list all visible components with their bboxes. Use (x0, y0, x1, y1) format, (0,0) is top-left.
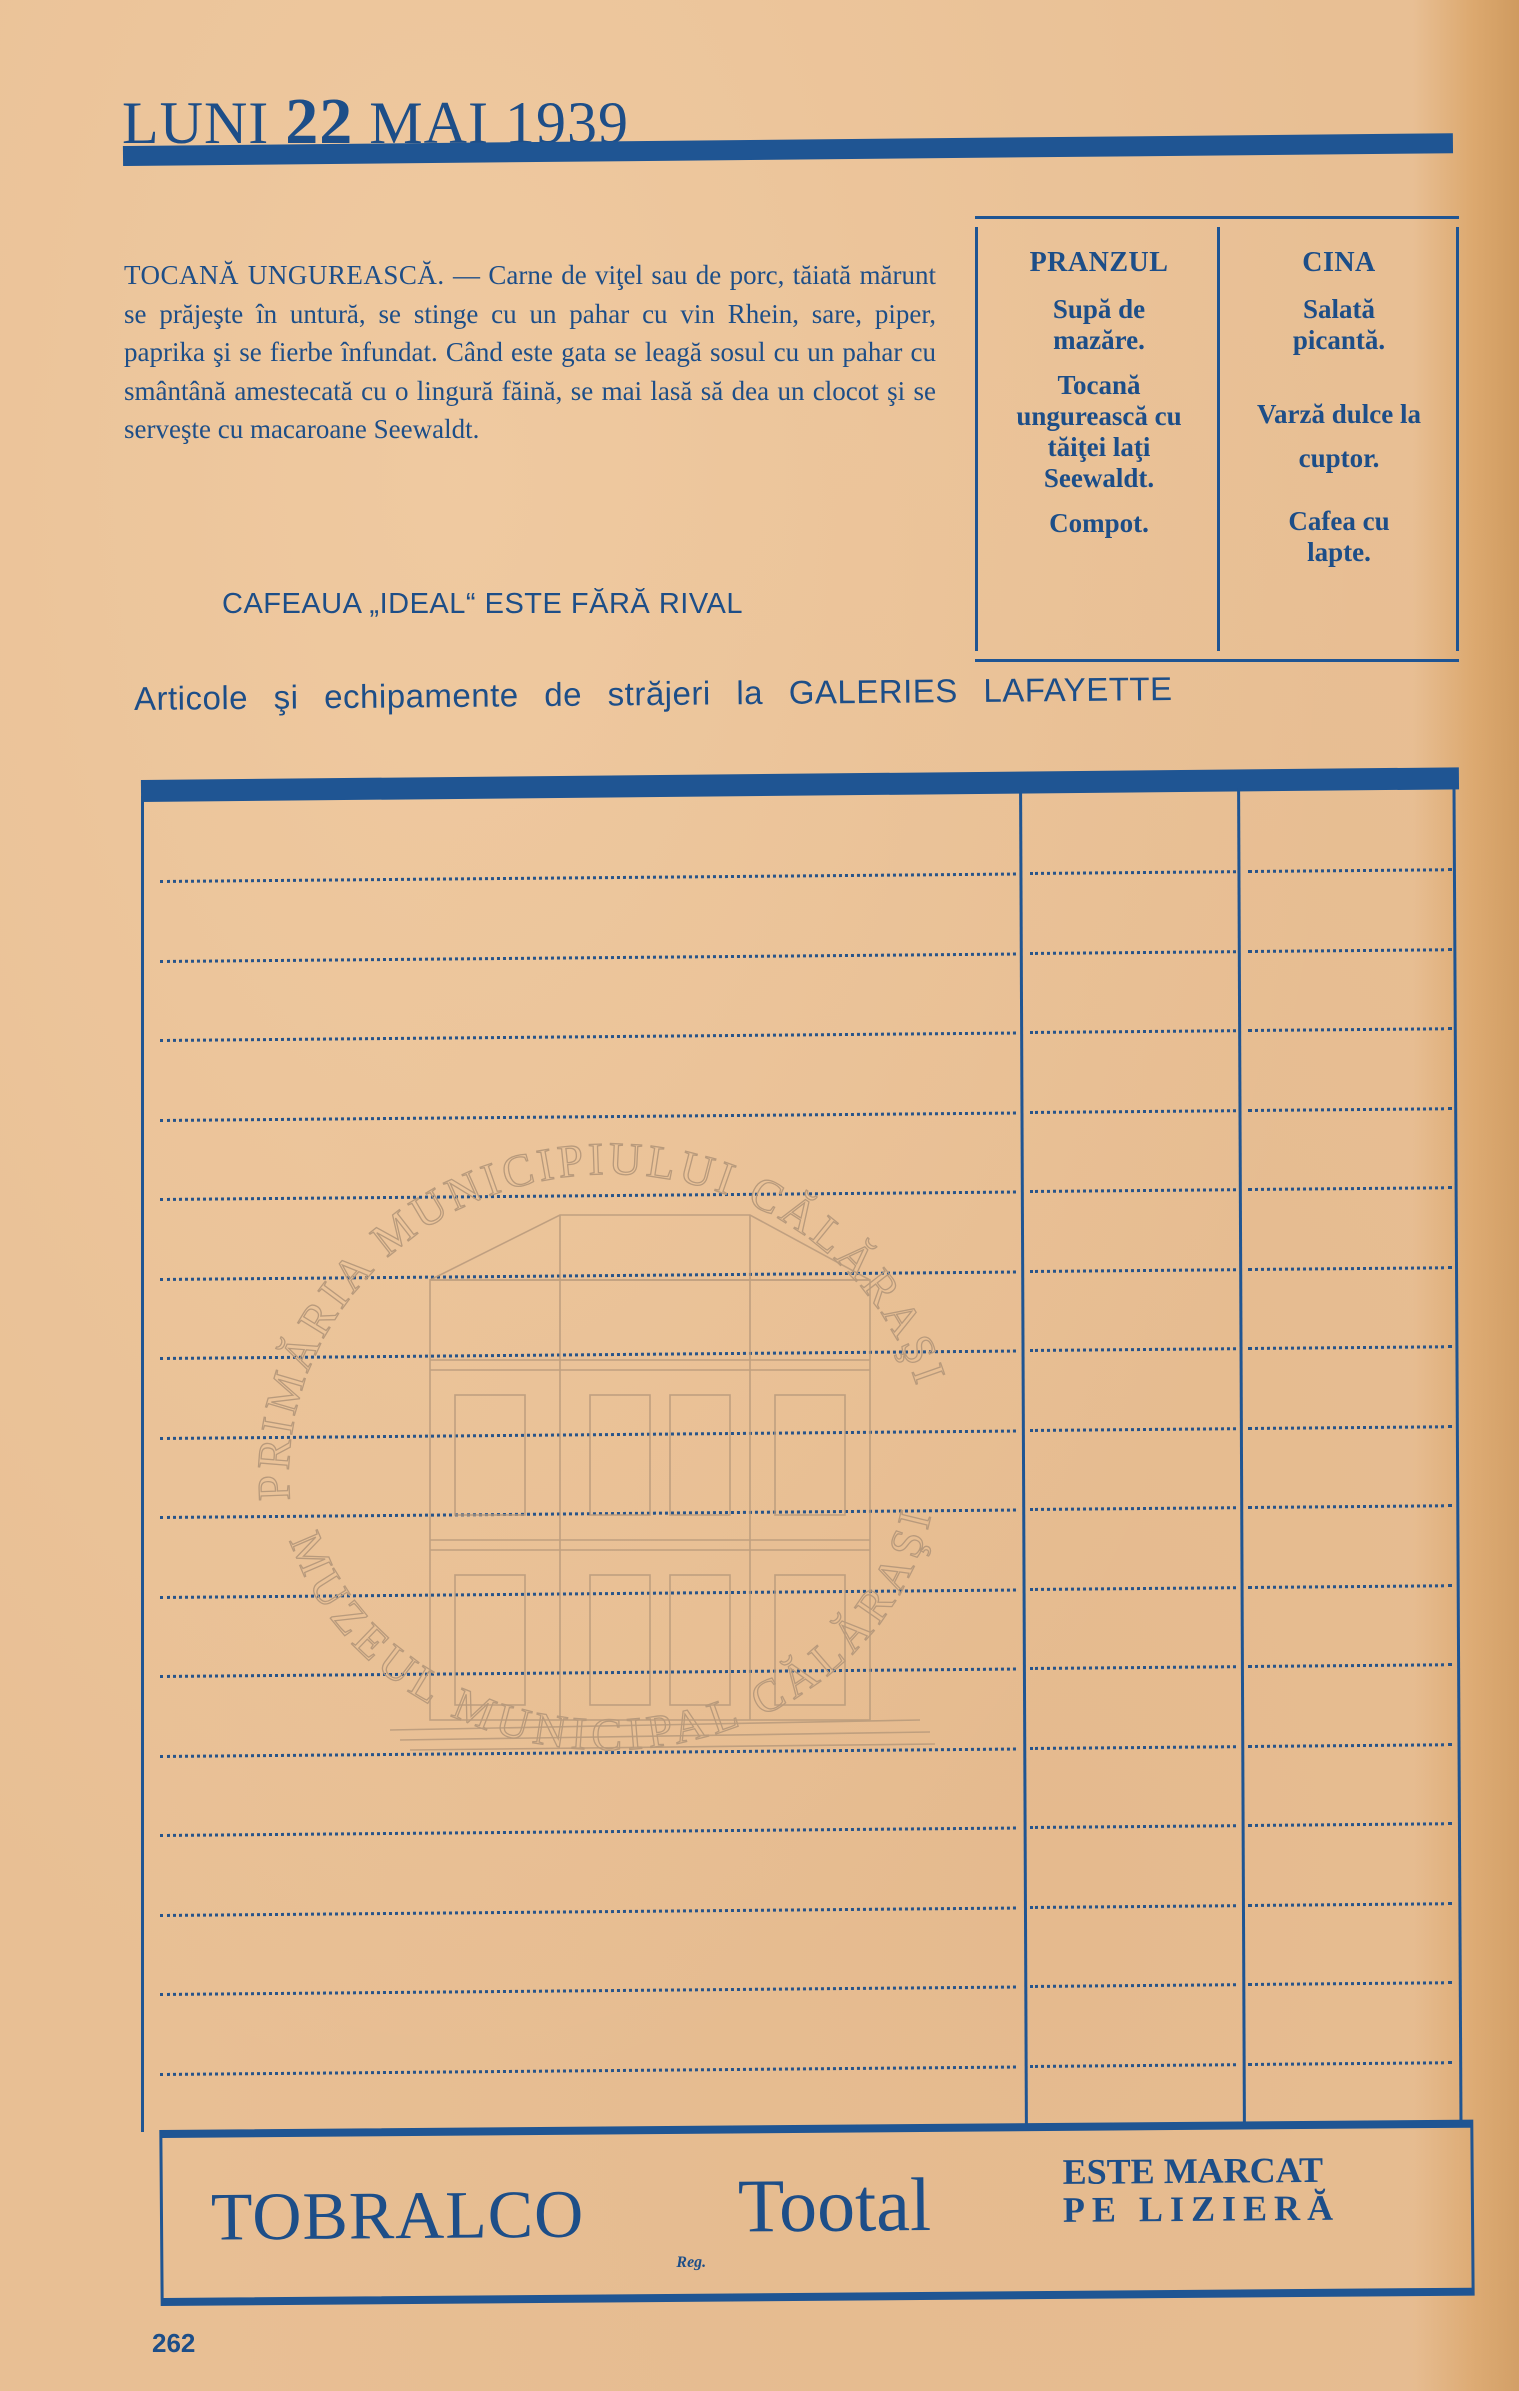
ledger-rule-line (160, 2065, 1016, 2075)
recipe-text: TOCANĂ UNGUREASCĂ. — Carne de viţel sau … (124, 256, 936, 449)
ledger-header-bar (141, 767, 1459, 802)
dinner-dish: Varză dulce la cuptor. (1223, 392, 1455, 480)
ledger-right-border (1452, 786, 1462, 2126)
tobralco-brand: TOBRALCO (211, 2175, 585, 2257)
ledger-left-border (141, 796, 144, 2132)
ledger-rule-line (1030, 1824, 1236, 1829)
ledger-rule-line (1030, 1904, 1236, 1909)
ledger-rule-line (1030, 1347, 1236, 1352)
tagline-line-1: ESTE MARCAT (1063, 2151, 1340, 2191)
ledger-rule-line (160, 1111, 1016, 1121)
ledger-rule-line (160, 1509, 1016, 1519)
ledger-rule-line (1030, 1983, 1236, 1988)
ledger-rule-line (1030, 1427, 1236, 1432)
ledger-rule-line (160, 1668, 1016, 1678)
ledger-rule-line (1030, 1188, 1236, 1193)
dinner-heading: CINA (1223, 247, 1455, 278)
ledger-rule-line (1248, 1584, 1452, 1589)
ledger-column-divider-2 (1237, 788, 1246, 2126)
ledger-rule-line (1248, 948, 1452, 953)
ledger-rule-line (1248, 1425, 1452, 1430)
ledger-rule-line (1030, 1665, 1236, 1670)
ledger-rule-line (1030, 2063, 1236, 2068)
ledger-rule-line (160, 1429, 1016, 1439)
ledger-rule-line (1030, 1268, 1236, 1273)
ledger-rule-line (1030, 1109, 1236, 1114)
ledger-rule-line (160, 873, 1016, 883)
ledger-rule-line (1248, 1266, 1452, 1271)
page-number: 262 (152, 2328, 195, 2359)
dinner-dish: Salată picantă. (1223, 294, 1455, 356)
tootal-maker: Tootal (738, 2162, 932, 2251)
menu-dinner-column: CINA Salată picantă. Varză dulce la cupt… (1223, 247, 1455, 582)
ledger-rule-line (160, 1350, 1016, 1360)
daily-menu-box: PRANZUL Supă de mazăre. Tocană ungureasc… (975, 216, 1459, 662)
ledger-rule-line (160, 1906, 1016, 1916)
galeries-lafayette-advert: Articole şi echipamente de străjeri la G… (134, 670, 1173, 718)
registered-mark: Reg. (676, 2254, 706, 2272)
ledger-rule-line (1248, 1822, 1452, 1827)
ledger-rule-line (1030, 1745, 1236, 1750)
stamp-bottom-text: MUZEUL MUNICIPAL CĂLĂRAŞI (280, 1500, 942, 1760)
lunch-dish: Compot. (983, 508, 1215, 539)
ledger-rule-line (160, 1827, 1016, 1837)
ledger-rule-line (1248, 1743, 1452, 1748)
ledger-rule-line (160, 1191, 1016, 1201)
ledger-rule-line (1248, 1981, 1452, 1986)
ledger-rule-line (160, 1986, 1016, 1996)
ledger-rule-line (1248, 1663, 1452, 1668)
ledger-rule-line (1248, 1107, 1452, 1112)
ledger-rule-line (160, 952, 1016, 962)
lunch-dish: Tocană ungurească cu tăiţei laţi Seewald… (983, 370, 1215, 494)
ledger-rule-line (160, 1747, 1016, 1757)
coffee-slogan: CAFEAUA „IDEAL“ ESTE FĂRĂ RIVAL (222, 588, 743, 621)
ledger-rule-line (1248, 1902, 1452, 1907)
lunch-dish: Supă de mazăre. (983, 294, 1215, 356)
selvedge-tagline: ESTE MARCAT PE LIZIERĂ (1063, 2151, 1341, 2229)
ledger-rule-line (1248, 1345, 1452, 1350)
ledger-rule-line (1248, 868, 1452, 873)
menu-lunch-column: PRANZUL Supă de mazăre. Tocană ungureasc… (983, 247, 1215, 553)
ledger-rule-line (160, 1270, 1016, 1280)
stamp-top-text: PRIMĂRIA MUNICIPIULUI CĂLĂRAŞI (248, 1133, 957, 1502)
ledger-rule-line (160, 1032, 1016, 1042)
ledger-rule-line (1030, 1029, 1236, 1034)
lunch-heading: PRANZUL (983, 247, 1215, 278)
ledger-rule-line (1248, 1504, 1452, 1509)
ledger-rule-line (160, 1588, 1016, 1598)
ledger-rule-line (1248, 1027, 1452, 1032)
ledger-rule-line (1030, 870, 1236, 875)
menu-right-border (1456, 227, 1459, 651)
menu-left-border (975, 227, 978, 651)
dinner-dish: Cafea cu lapte. (1223, 506, 1455, 568)
museum-stamp-watermark: PRIMĂRIA MUNICIPIULUI CĂLĂRAŞI MUZEUL MU… (230, 1120, 1000, 1840)
ledger-rule-line (1248, 1186, 1452, 1191)
ledger-rule-line (1248, 2061, 1452, 2066)
tagline-line-2: PE LIZIERĂ (1063, 2189, 1340, 2229)
tobralco-advert: TOBRALCO Tootal Reg. ESTE MARCAT PE LIZI… (159, 2120, 1474, 2306)
ledger-rule-line (1030, 1586, 1236, 1591)
ledger-rule-line (1030, 1506, 1236, 1511)
ledger-rule-line (1030, 950, 1236, 955)
recipe-title: TOCANĂ UNGUREASCĂ. (124, 260, 445, 290)
menu-divider (1217, 227, 1220, 651)
ledger-column-divider-1 (1019, 790, 1028, 2130)
